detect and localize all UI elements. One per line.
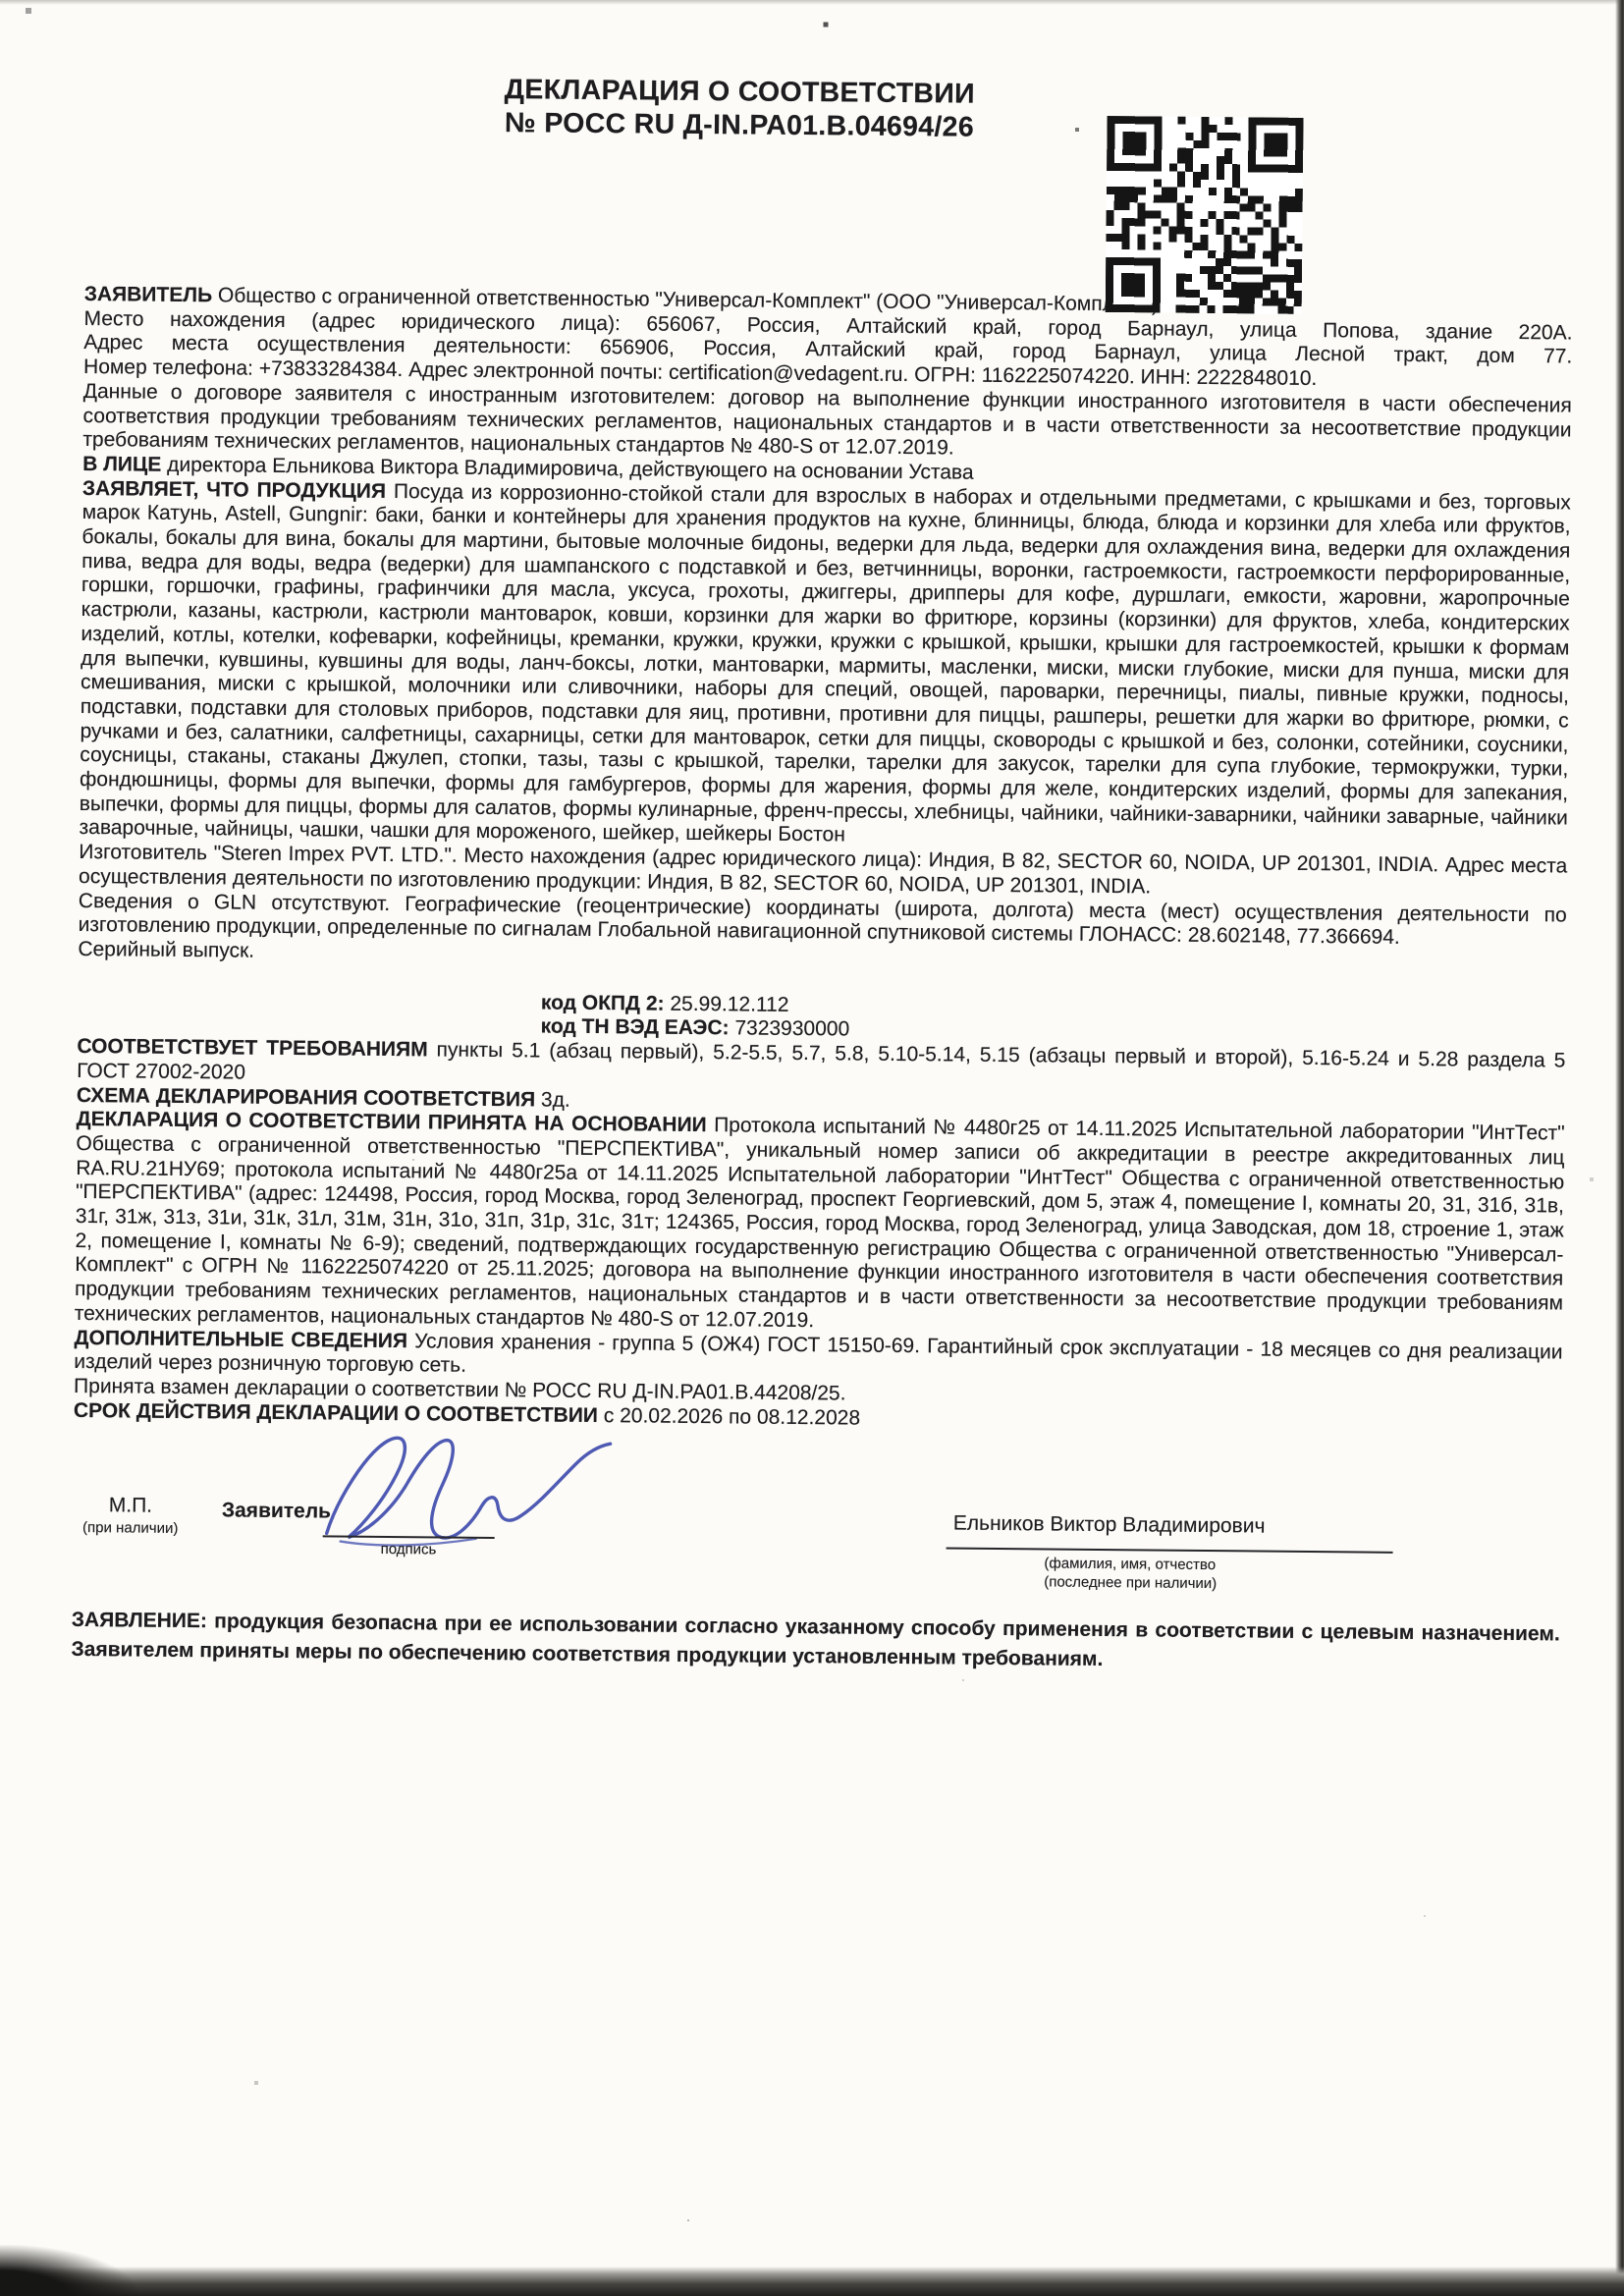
code-tnved-value: 7323930000 [734, 1017, 849, 1041]
paragraph-product: ЗАЯВЛЯЕТ, ЧТО ПРОДУКЦИЯ Посуда из корроз… [79, 477, 1570, 855]
validity-text: с 20.02.2026 по 08.12.2028 [604, 1404, 860, 1430]
code-okpd-label: код ОКПД 2: [541, 991, 665, 1014]
code-tnved-label: код ТН ВЭД ЕАЭС: [541, 1015, 730, 1040]
scanned-declaration-page: ДЕКЛАРАЦИЯ О СООТВЕТСТВИИ № РОСС RU Д-IN… [0, 0, 1624, 2296]
stamp-note: (при наличии) [73, 1518, 189, 1538]
paragraph-basis: ДЕКЛАРАЦИЯ О СООТВЕТСТВИИ ПРИНЯТА НА ОСН… [75, 1108, 1565, 1340]
conforms-label: СООТВЕТСТВУЕТ ТРЕБОВАНИЯМ [77, 1035, 427, 1061]
serial-text: Серийный выпуск. [78, 938, 254, 962]
statement-label: ЗАЯВЛЕНИЕ: [72, 1609, 207, 1632]
name-caption-line2: (последнее при наличии) [1044, 1573, 1217, 1594]
qr-code-icon [1106, 116, 1304, 314]
contract-text: Данные о договоре заявителя с иностранны… [82, 380, 1572, 460]
scan-edge-top [0, 0, 1624, 5]
scan-noise-specks [0, 0, 2, 2]
statement-text: продукция безопасна при ее использовании… [71, 1611, 1559, 1670]
scan-edge-bottom [0, 2267, 1624, 2296]
signature-caption: подпись [322, 1540, 494, 1560]
basis-text: Протокола испытаний № 4480г25 от 14.11.2… [75, 1114, 1565, 1332]
scheme-label: СХЕМА ДЕКЛАРИРОВАНИЯ СООТВЕТСТВИЯ [77, 1083, 535, 1110]
product-text: Посуда из коррозионно-стойкой стали для … [79, 480, 1570, 847]
safety-statement: ЗАЯВЛЕНИЕ: продукция безопасна при ее ис… [71, 1606, 1559, 1678]
validity-label: СРОК ДЕЙСТВИЯ ДЕКЛАРАЦИИ О СООТВЕТСТВИИ [74, 1399, 598, 1427]
code-okpd-value: 25.99.12.112 [670, 992, 788, 1015]
stamp-place: М.П. (при наличии) [73, 1494, 189, 1538]
product-label: ЗАЯВЛЯЕТ, ЧТО ПРОДУКЦИЯ [82, 477, 386, 503]
scan-edge-right [1615, 0, 1624, 2296]
scan-edge-bottom-corner [0, 2245, 137, 2296]
signer-name: Ельников Виктор Владимирович [953, 1512, 1266, 1540]
person-label: В ЛИЦЕ [82, 453, 161, 476]
signer-name-line [947, 1548, 1393, 1554]
document-content: ДЕКЛАРАЦИЯ О СООТВЕТСТВИИ № РОСС RU Д-IN… [71, 69, 1575, 1678]
name-caption-line1: (фамилия, имя, отчество [1044, 1555, 1217, 1575]
signature-row: М.П. (при наличии) Заявитель подпись Ель… [72, 1488, 1561, 1613]
additional-label: ДОПОЛНИТЕЛЬНЫЕ СВЕДЕНИЯ [74, 1326, 407, 1351]
applicant-label: ЗАЯВИТЕЛЬ [84, 283, 213, 306]
signer-name-caption: (фамилия, имя, отчество (последнее при н… [1044, 1555, 1217, 1594]
stamp-label: М.П. [73, 1494, 189, 1519]
scheme-text: 3д. [541, 1088, 570, 1111]
